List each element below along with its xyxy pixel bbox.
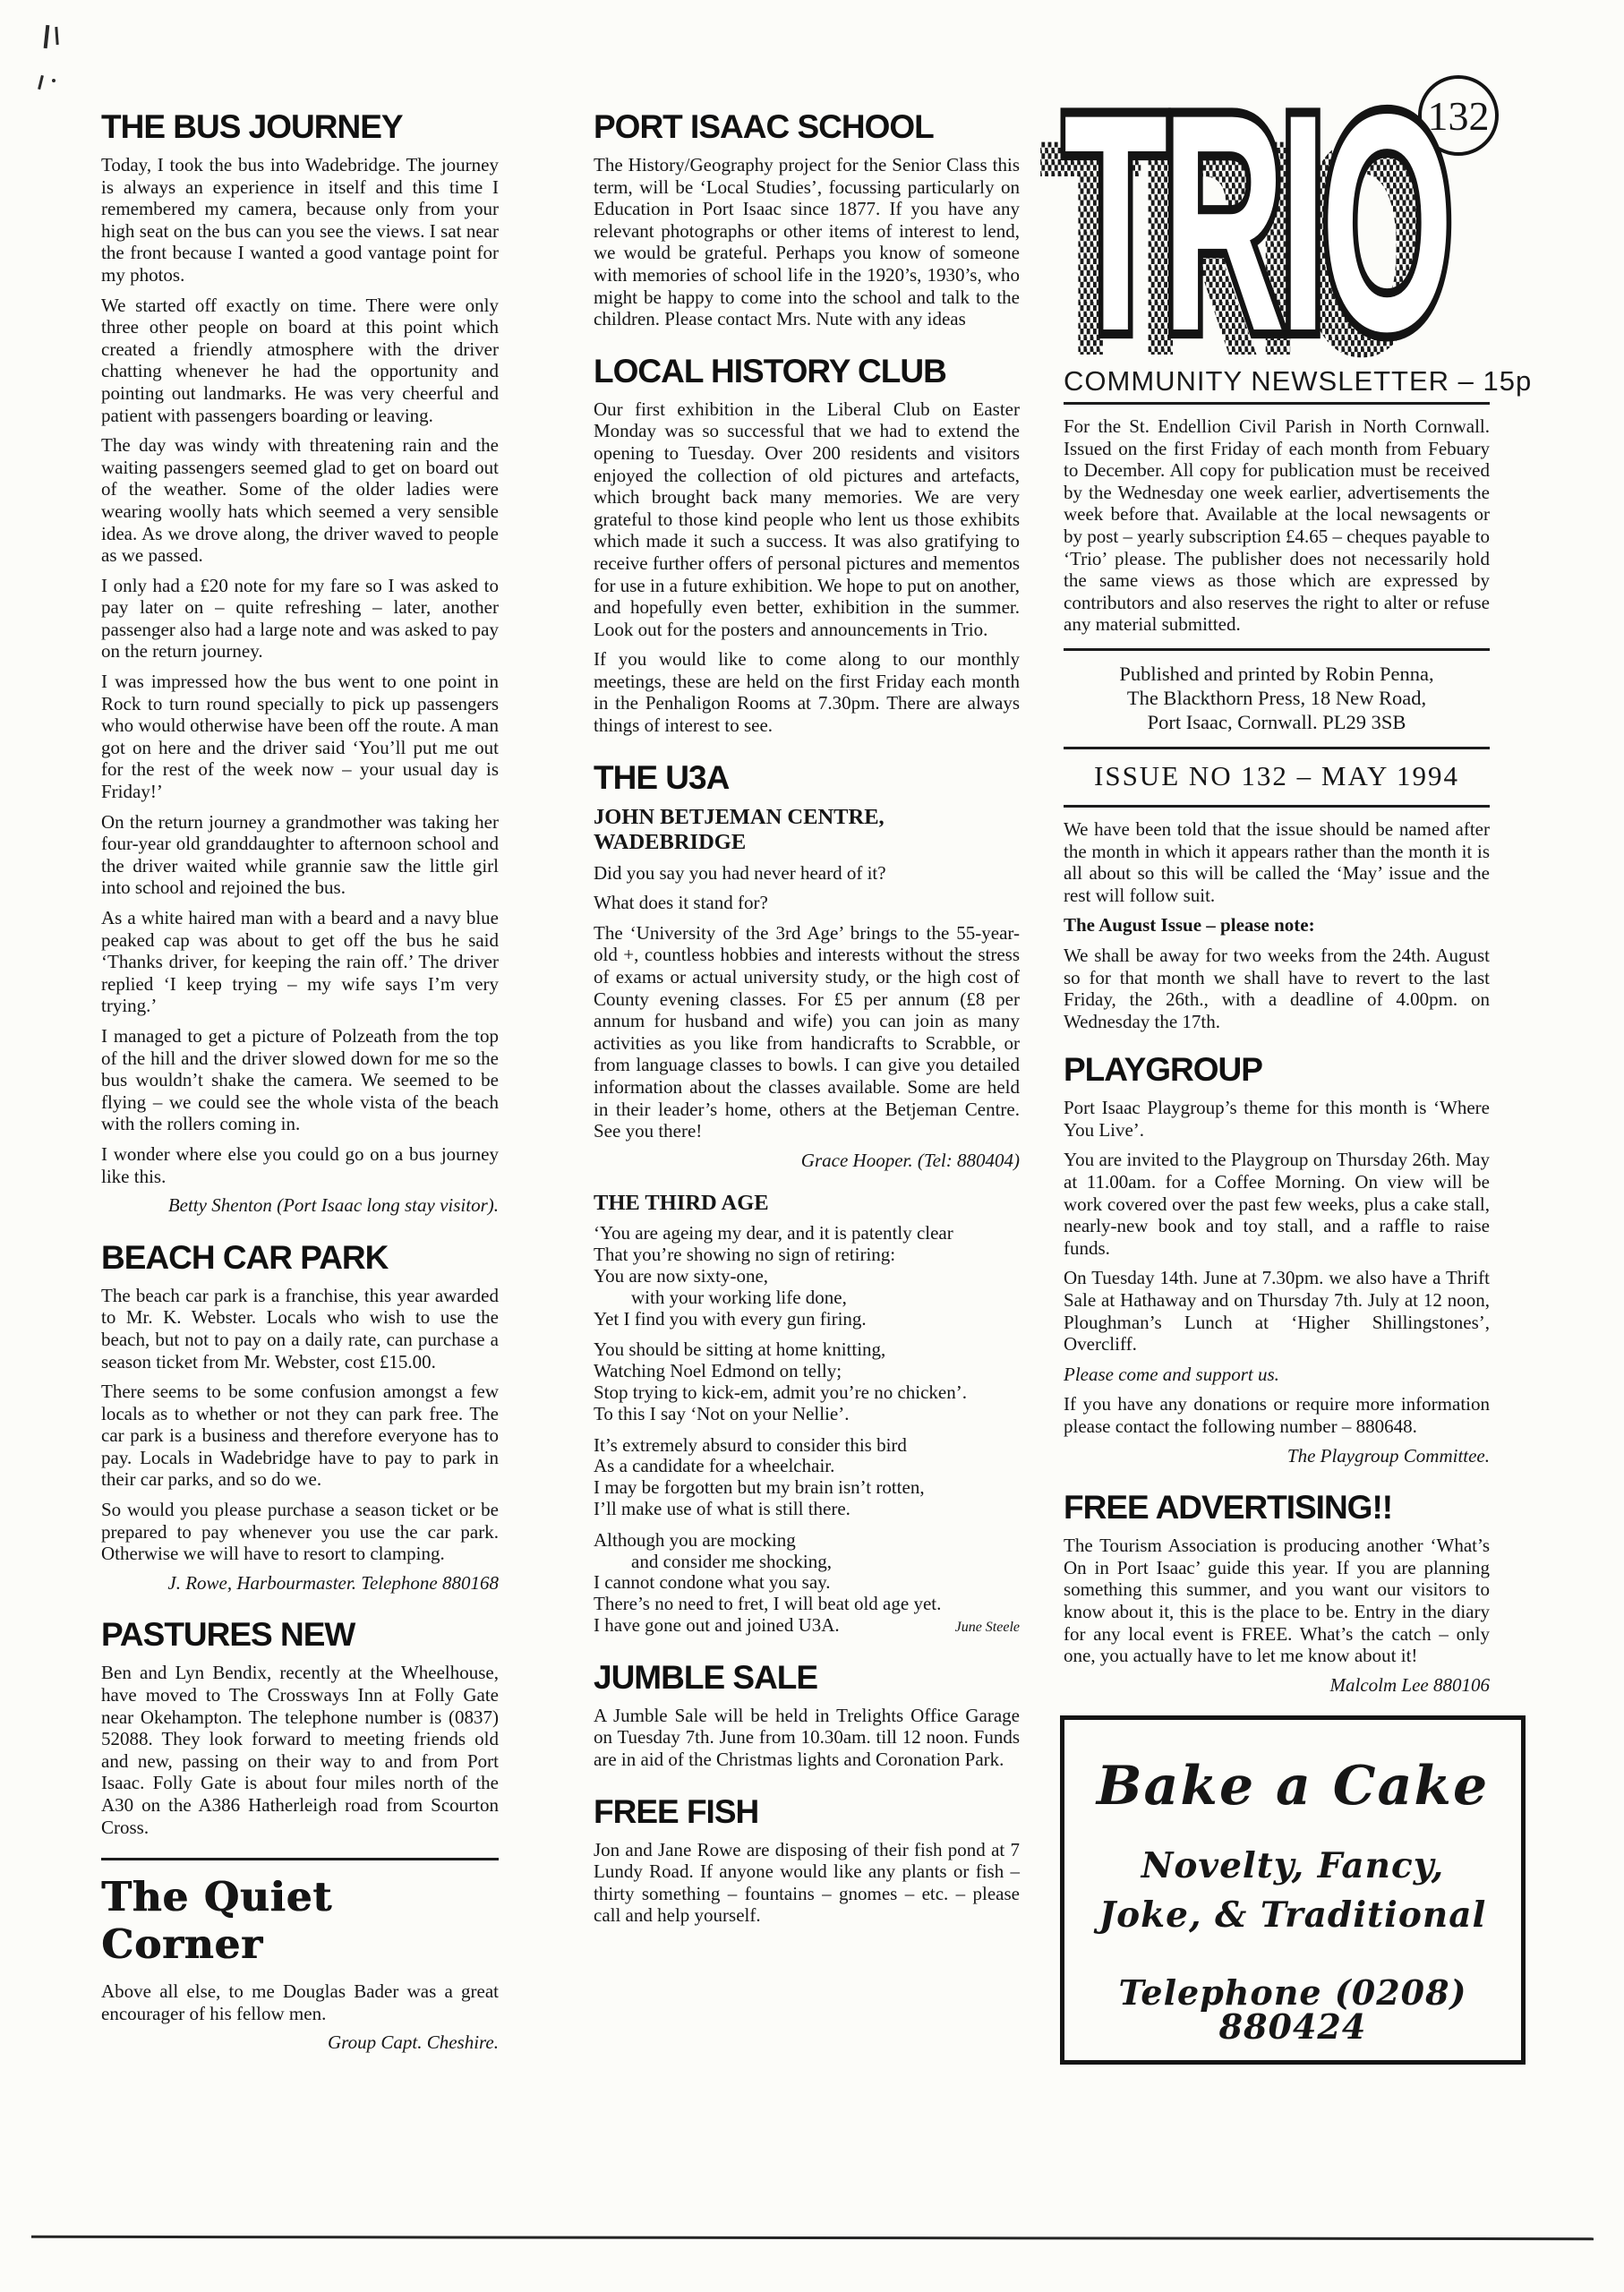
- masthead-rule: [1064, 805, 1490, 808]
- poem-line: I’ll make use of what is still there.: [594, 1499, 1020, 1520]
- poem-line: That you’re showing no sign of retiring:: [594, 1244, 1020, 1266]
- poem-line: I cannot condone what you say.: [594, 1572, 1020, 1594]
- paragraph: I only had a £20 note for my fare so I w…: [101, 575, 499, 663]
- august-issue-note: We shall be away for two weeks from the …: [1064, 945, 1490, 1032]
- masthead-about: For the St. Endellion Civil Parish in No…: [1064, 415, 1490, 636]
- publisher-line: Published and printed by Robin Penna,: [1064, 662, 1490, 686]
- paragraph: Jon and Jane Rowe are disposing of their…: [594, 1839, 1020, 1927]
- poem-line: You should be sitting at home knitting,: [594, 1339, 1020, 1361]
- footer-rule: [31, 2236, 1594, 2240]
- paragraph: You are invited to the Playgroup on Thur…: [1064, 1149, 1490, 1259]
- trio-logo-fill: TRIO: [1064, 70, 1448, 379]
- article-heading-local-history-club: LOCAL HISTORY CLUB: [594, 354, 1020, 389]
- column-middle: PORT ISAAC SCHOOL The History/Geography …: [594, 109, 1020, 1935]
- poem-line: I have gone out and joined U3A.: [594, 1615, 840, 1637]
- article-byline: Grace Hooper. (Tel: 880404): [594, 1150, 1020, 1172]
- paragraph: Our first exhibition in the Liberal Club…: [594, 398, 1020, 641]
- article-free-advertising: FREE ADVERTISING!! The Tourism Associati…: [1064, 1490, 1490, 1696]
- publisher-line: The Blackthorn Press, 18 New Road,: [1064, 686, 1490, 710]
- ad-line: Joke, & Traditional: [1064, 1898, 1521, 1933]
- poem-body: ‘You are ageing my dear, and it is paten…: [594, 1223, 1020, 1636]
- paragraph: I was impressed how the bus went to one …: [101, 671, 499, 803]
- article-heading-port-isaac-school: PORT ISAAC SCHOOL: [594, 109, 1020, 145]
- trio-logo: TRIO TRIO TRIO: [1064, 70, 1490, 338]
- masthead: 132 TRIO TRIO TRIO COMMUNITY NEWSLETTER …: [1064, 70, 1490, 1032]
- u3a-subheading-line2: WADEBRIDGE: [594, 830, 1020, 855]
- article-heading-pastures-new: PASTURES NEW: [101, 1617, 499, 1653]
- paragraph: So would you please purchase a season ti…: [101, 1499, 499, 1565]
- paragraph: I managed to get a picture of Polzeath f…: [101, 1025, 499, 1135]
- paragraph: The ‘University of the 3rd Age’ brings t…: [594, 922, 1020, 1142]
- newsletter-page: THE BUS JOURNEY Today, I took the bus in…: [0, 0, 1624, 2292]
- paragraph: I wonder where else you could go on a bu…: [101, 1143, 499, 1187]
- paragraph: Did you say you had never heard of it?: [594, 862, 1020, 885]
- publisher-block: Published and printed by Robin Penna, Th…: [1064, 662, 1490, 734]
- poem-line: To this I say ‘Not on your Nellie’.: [594, 1404, 1020, 1425]
- article-byline: Malcolm Lee 880106: [1064, 1674, 1490, 1697]
- paragraph: The History/Geography project for the Se…: [594, 154, 1020, 330]
- issue-line: ISSUE NO 132 – MAY 1994: [1064, 760, 1490, 792]
- support-line: Please come and support us.: [1064, 1364, 1490, 1386]
- paragraph: The Tourism Association is producing ano…: [1064, 1535, 1490, 1667]
- paragraph: The day was windy with threatening rain …: [101, 434, 499, 567]
- article-heading-free-advertising: FREE ADVERTISING!!: [1064, 1490, 1490, 1526]
- article-playgroup: PLAYGROUP Port Isaac Playgroup’s theme f…: [1064, 1052, 1490, 1467]
- paragraph: Today, I took the bus into Wadebridge. T…: [101, 154, 499, 286]
- paragraph: As a white haired man with a beard and a…: [101, 907, 499, 1017]
- poem-line: with your working life done,: [594, 1287, 1020, 1309]
- article-jumble-sale: JUMBLE SALE A Jumble Sale will be held i…: [594, 1660, 1020, 1771]
- poem-line: Stop trying to kick-em, admit you’re no …: [594, 1382, 1020, 1404]
- article-byline: Betty Shenton (Port Isaac long stay visi…: [101, 1194, 499, 1217]
- poem-line: Although you are mocking: [594, 1530, 1020, 1552]
- bake-a-cake-ad: Bake a Cake Novelty, Fancy, Joke, & Trad…: [1060, 1715, 1526, 2065]
- article-heading-free-fish: FREE FISH: [594, 1794, 1020, 1830]
- article-u3a: THE U3A JOHN BETJEMAN CENTRE, WADEBRIDGE…: [594, 760, 1020, 1172]
- u3a-subheading-line1: JOHN BETJEMAN CENTRE,: [594, 805, 1020, 830]
- column-right: 132 TRIO TRIO TRIO COMMUNITY NEWSLETTER …: [1064, 32, 1490, 2065]
- article-beach-car-park: BEACH CAR PARK The beach car park is a f…: [101, 1240, 499, 1595]
- poem-byline: June Steele: [955, 1620, 1020, 1636]
- paragraph: Above all else, to me Douglas Bader was …: [101, 1980, 499, 2024]
- poem-line: and consider me shocking,: [594, 1552, 1020, 1573]
- poem-line: As a candidate for a wheelchair.: [594, 1456, 1020, 1477]
- ad-line: Novelty, Fancy,: [1064, 1849, 1521, 1884]
- article-pastures-new: PASTURES NEW Ben and Lyn Bendix, recentl…: [101, 1617, 499, 1838]
- poem-heading: THE THIRD AGE: [594, 1191, 1020, 1216]
- section-divider: [101, 1858, 499, 1860]
- paragraph: Ben and Lyn Bendix, recently at the Whee…: [101, 1662, 499, 1838]
- article-heading-u3a: THE U3A: [594, 760, 1020, 796]
- article-heading-playgroup: PLAYGROUP: [1064, 1052, 1490, 1088]
- article-bus-journey: THE BUS JOURNEY Today, I took the bus in…: [101, 109, 499, 1217]
- paragraph: A Jumble Sale will be held in Trelights …: [594, 1705, 1020, 1771]
- article-quiet-corner: The Quiet Corner Above all else, to me D…: [101, 1873, 499, 2054]
- publisher-line: Port Isaac, Cornwall. PL29 3SB: [1064, 710, 1490, 734]
- article-heading-bus-journey: THE BUS JOURNEY: [101, 109, 499, 145]
- paragraph: If you would like to come along to our m…: [594, 648, 1020, 736]
- paragraph: We started off exactly on time. There we…: [101, 295, 499, 427]
- article-byline: The Playgroup Committee.: [1064, 1445, 1490, 1467]
- poem-line: It’s extremely absurd to consider this b…: [594, 1435, 1020, 1457]
- article-free-fish: FREE FISH Jon and Jane Rowe are disposin…: [594, 1794, 1020, 1927]
- ad-title: Bake a Cake: [1064, 1759, 1521, 1813]
- august-issue-heading: The August Issue – please note:: [1064, 914, 1490, 936]
- paragraph: The beach car park is a franchise, this …: [101, 1285, 499, 1373]
- column-left: THE BUS JOURNEY Today, I took the bus in…: [101, 109, 499, 2062]
- paragraph: There seems to be some confusion amongst…: [101, 1381, 499, 1491]
- article-byline: Group Capt. Cheshire.: [101, 2031, 499, 2054]
- article-local-history-club: LOCAL HISTORY CLUB Our first exhibition …: [594, 354, 1020, 737]
- article-heading-jumble-sale: JUMBLE SALE: [594, 1660, 1020, 1696]
- paragraph: On the return journey a grandmother was …: [101, 811, 499, 899]
- poem-third-age: THE THIRD AGE ‘You are ageing my dear, a…: [594, 1191, 1020, 1636]
- poem-line: Watching Noel Edmond on telly;: [594, 1361, 1020, 1382]
- poem-line: Yet I find you with every gun firing.: [594, 1309, 1020, 1330]
- article-heading-quiet-corner: The Quiet Corner: [101, 1873, 499, 1968]
- paragraph: What does it stand for?: [594, 892, 1020, 914]
- paragraph: On Tuesday 14th. June at 7.30pm. we also…: [1064, 1267, 1490, 1355]
- poem-line: There’s no need to fret, I will beat old…: [594, 1594, 1020, 1615]
- ad-telephone: Telephone (0208) 880424: [1064, 1976, 1521, 2044]
- article-heading-beach-car-park: BEACH CAR PARK: [101, 1240, 499, 1276]
- article-byline: J. Rowe, Harbourmaster. Telephone 880168: [101, 1572, 499, 1595]
- masthead-rule: [1064, 648, 1490, 651]
- article-port-isaac-school: PORT ISAAC SCHOOL The History/Geography …: [594, 109, 1020, 330]
- poem-line: ‘You are ageing my dear, and it is paten…: [594, 1223, 1020, 1244]
- masthead-rule: [1064, 747, 1490, 749]
- paragraph: If you have any donations or require mor…: [1064, 1393, 1490, 1437]
- issue-naming-note: We have been told that the issue should …: [1064, 818, 1490, 906]
- paragraph: Port Isaac Playgroup’s theme for this mo…: [1064, 1097, 1490, 1141]
- poem-line: You are now sixty-one,: [594, 1266, 1020, 1287]
- poem-line: I may be forgotten but my brain isn’t ro…: [594, 1477, 1020, 1499]
- scan-ink-marks: [34, 23, 70, 104]
- u3a-subheading: JOHN BETJEMAN CENTRE, WADEBRIDGE: [594, 805, 1020, 855]
